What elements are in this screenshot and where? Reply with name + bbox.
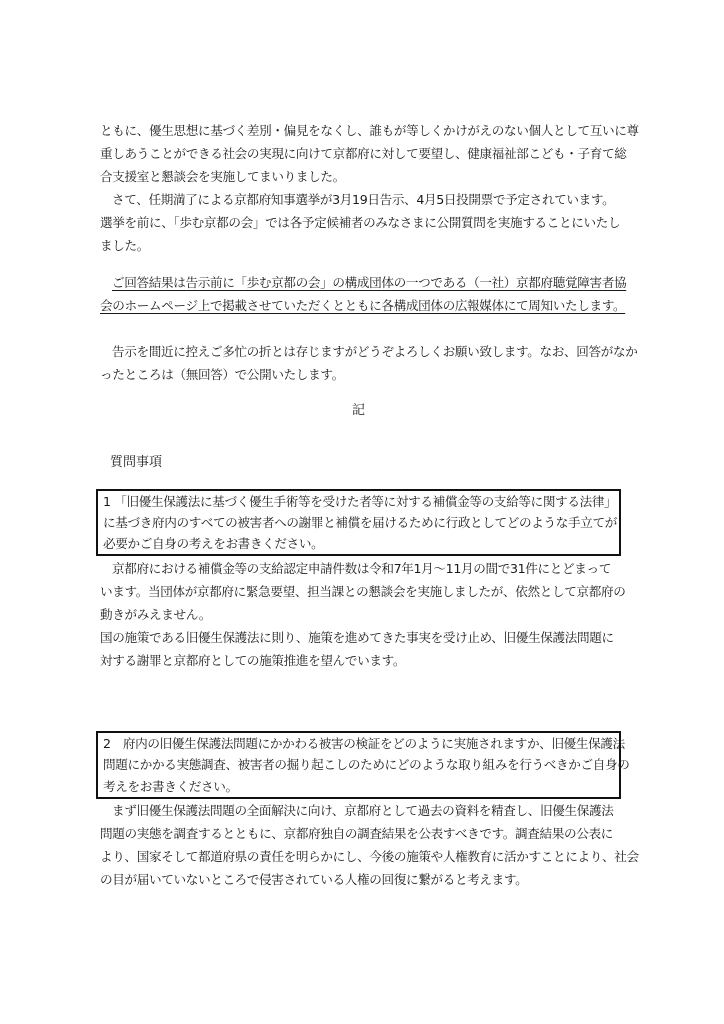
text-line: ったところは（無回答）で公開いたします。 [100,364,622,386]
underlined-line-wrap: 会のホームページ上で掲載させていただくとともに各構成団体の広報媒体にて周知いたし… [100,295,622,317]
text-line: 選挙を前に、「歩む京都の会」では各予定候補者のみなさまに公開質問を実施することに… [100,212,622,234]
underlined-text: 会のホームページ上で掲載させていただくとともに各構成団体の広報媒体にて周知いたし… [100,298,625,313]
section-heading: 質問事項 [110,452,162,474]
text-line: ともに、優生思想に基づく差別・偏見をなくし、誰もが等しくかけがえのない個人として… [100,120,622,142]
question-line: 2 府内の旧優生保護法問題にかかわる被害の検証をどのように実施されますか、旧優生… [103,733,618,755]
text-line: より、国家そして都道府県の責任を明らかにし、今後の施策や人権教育に活かすことによ… [100,846,622,868]
text-line: 問題の実態を調査するとともに、京都府独自の調査結果を公表すべきです。調査結果の公… [100,823,622,845]
text-line: います。当団体が京都府に緊急要望、担当課との懇談会を実施しましたが、依然として京… [100,581,622,603]
question-line: 考えをお書きください。 [103,776,618,798]
text-line: 国の施策である旧優生保護法に則り、施策を進めてきた事実を受け止め、旧優生保護法問… [100,627,622,649]
question-line: 問題にかかる実態調査、被害者の掘り起こしのためにどのような取り組みを行うべきかご… [103,754,618,776]
text-line: 京都府における補償金等の支給認定申請件数は令和7年1月～11月の間で31件にとど… [100,558,634,580]
question-line: に基づき府内のすべての被害者への謝罪と補償を届けるために行政としてどのような手立… [103,512,618,534]
text-line: 合支援室と懇談会を実施してまいりました。 [100,166,622,188]
text-line: ました。 [100,235,622,257]
text-line: さて、任期満了による京都府知事選挙が3月19日告示、4月5日投開票で予定されてい… [100,189,634,211]
question-2-box: 2 府内の旧優生保護法問題にかかわる被害の検証をどのように実施されますか、旧優生… [96,731,621,799]
center-mark: 記 [352,401,365,421]
underlined-line-wrap: ご回答結果は告示前に「歩む京都の会」の構成団体の一つである（一社）京都府聴覚障害… [100,272,634,294]
text-line: 対する謝罪と京都府としての施策推進を望んでいます。 [100,650,622,672]
text-line: まず旧優生保護法問題の全面解決に向け、京都府として過去の資料を精査し、旧優生保護… [100,800,634,822]
document-page: ともに、優生思想に基づく差別・偏見をなくし、誰もが等しくかけがえのない個人として… [0,0,724,1024]
question-1-box: 1 「旧優生保護法に基づく優生手術等を受けた者等に対する補償金等の支給等に関する… [96,489,621,556]
text-line: 告示を間近に控えご多忙の折とは存じますがどうぞよろしくお願い致します。なお、回答… [100,341,634,363]
text-line: の目が届いていないところで侵害されている人権の回復に繋がると考えます。 [100,869,622,891]
underlined-text: ご回答結果は告示前に「歩む京都の会」の構成団体の一つである（一社）京都府聴覚障害… [112,275,626,290]
text-line: 動きがみえません。 [100,604,622,626]
question-line: 必要かご自身の考えをお書きください。 [103,533,618,555]
text-line: 重しあうことができる社会の実現に向けて京都府に対して要望し、健康福祉部こども・子… [100,143,622,165]
question-line: 1 「旧優生保護法に基づく優生手術等を受けた者等に対する補償金等の支給等に関する… [103,491,618,513]
